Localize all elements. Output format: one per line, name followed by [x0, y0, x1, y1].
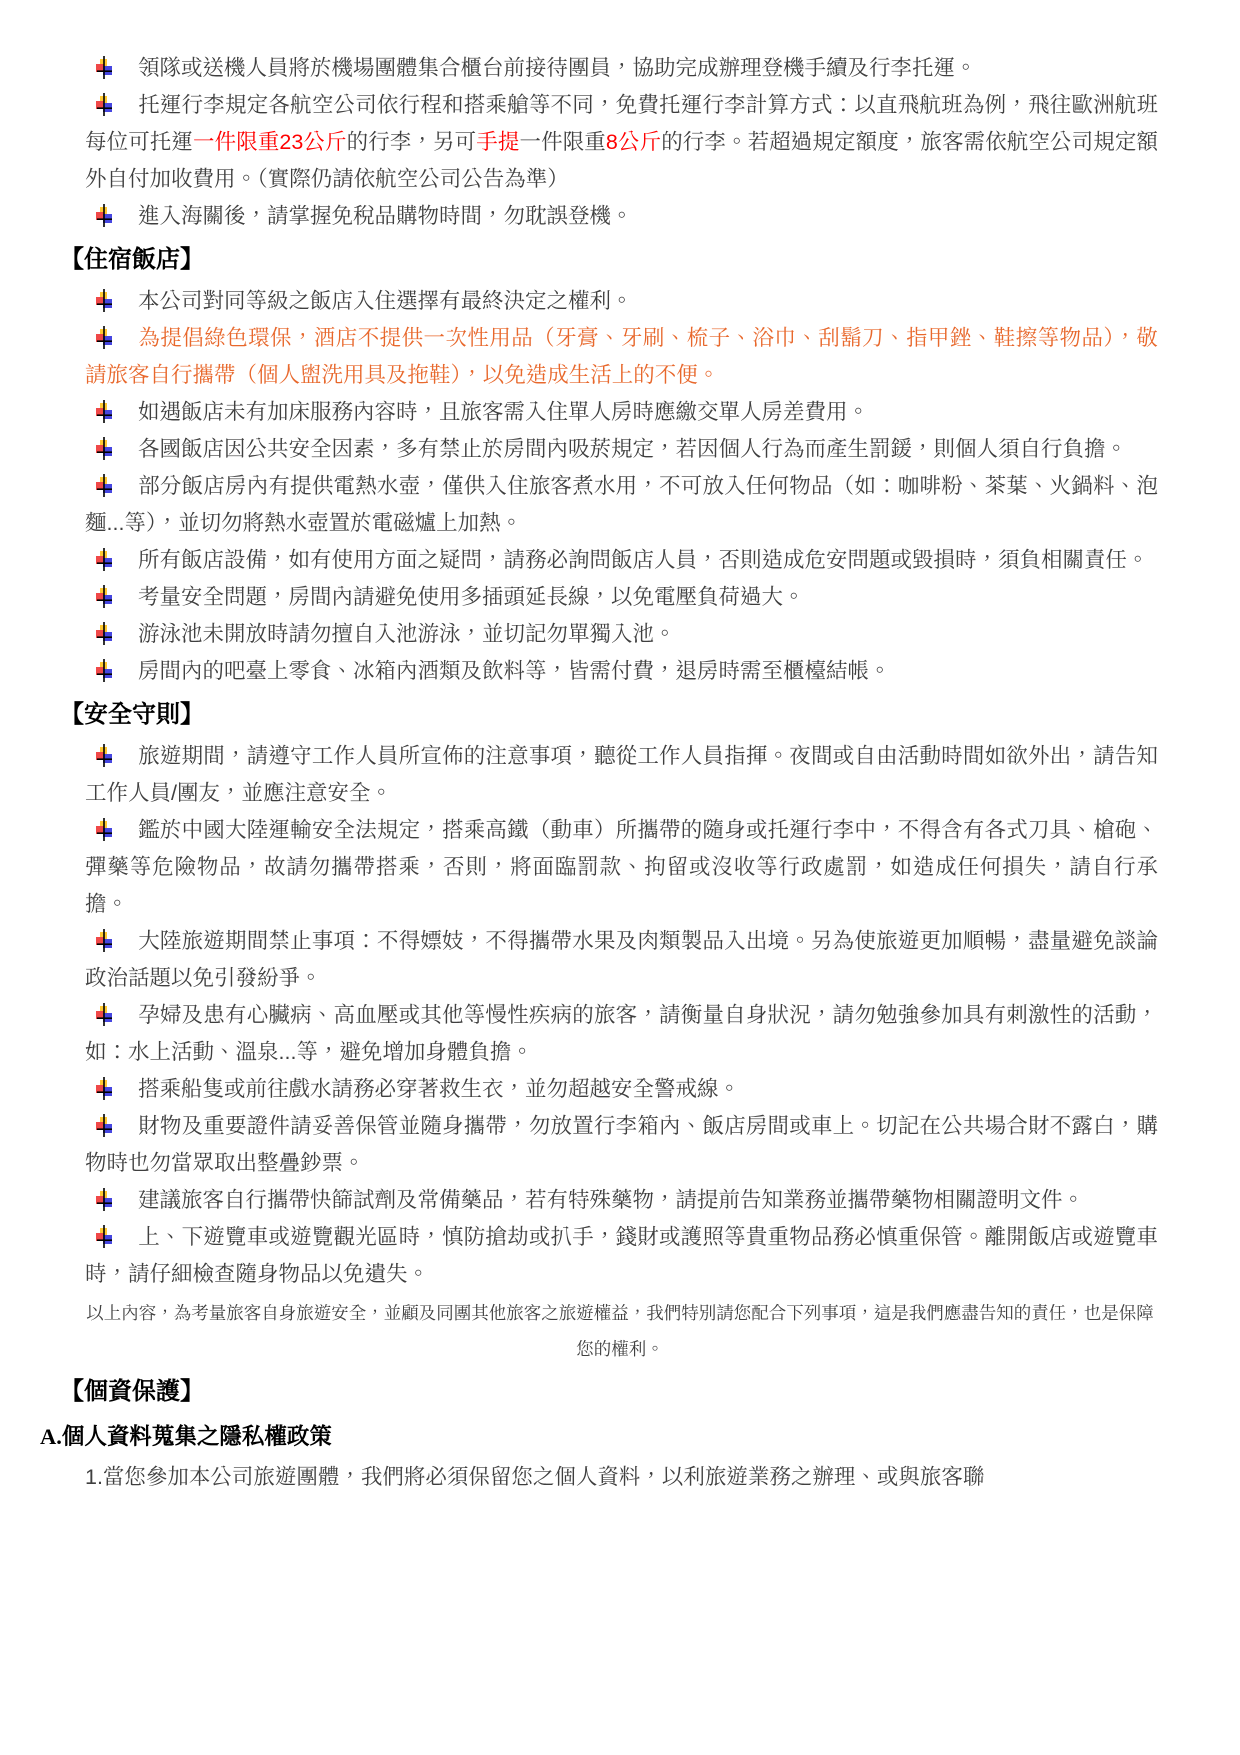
- text-segment: 一件限重23公斤: [193, 130, 347, 154]
- colored-cross-bullet-icon: [95, 1075, 112, 1098]
- colored-cross-bullet-icon: [95, 927, 112, 950]
- bullet-item: 游泳池未開放時請勿擅自入池游泳，並切記勿單獨入池。: [85, 616, 1158, 653]
- bullet-item: 財物及重要證件請妥善保管並隨身攜帶，勿放置行李箱內、飯店房間或車上。切記在公共場…: [85, 1108, 1158, 1182]
- colored-cross-bullet-icon: [95, 546, 112, 569]
- numbered-item: 1.當您參加本公司旅遊團體，我們將必須保留您之個人資料，以利旅遊業務之辦理、或與…: [85, 1458, 1158, 1496]
- bullet-text: 考量安全問題，房間內請避免使用多插頭延長線，以免電壓負荷過大。: [138, 585, 805, 609]
- bullet-text: 孕婦及患有心臟病、高血壓或其他等慢性疾病的旅客，請衡量自身狀況，請勿勉強參加具有…: [85, 1003, 1158, 1064]
- bullet-item: 建議旅客自行攜帶快篩試劑及常備藥品，若有特殊藥物，請提前告知業務並攜帶藥物相關證…: [85, 1182, 1158, 1219]
- section-heading: 【個資保護】: [60, 1372, 1240, 1412]
- colored-cross-bullet-icon: [95, 620, 112, 643]
- bullet-item: 如遇飯店未有加床服務內容時，且旅客需入住單人房時應繳交單人房差費用。: [85, 394, 1158, 431]
- text-segment: 財物及重要證件請妥善保管並隨身攜帶，勿放置行李箱內、飯店房間或車上。切記在公共場…: [85, 1114, 1158, 1175]
- text-segment: 搭乘船隻或前往戲水請務必穿著救生衣，並勿超越安全警戒線。: [138, 1077, 740, 1101]
- bullet-item: 大陸旅遊期間禁止事項：不得嫖妓，不得攜帶水果及肉類製品入出境。另為使旅遊更加順暢…: [85, 923, 1158, 997]
- text-segment: 領隊或送機人員將於機場團體集合櫃台前接待團員，協助完成辦理登機手續及行李托運。: [138, 56, 977, 80]
- bullet-text: 搭乘船隻或前往戲水請務必穿著救生衣，並勿超越安全警戒線。: [138, 1077, 740, 1101]
- text-segment: 各國飯店因公共安全因素，多有禁止於房間內吸菸規定，若因個人行為而產生罰鍰，則個人…: [138, 437, 1127, 461]
- bullet-item: 領隊或送機人員將於機場團體集合櫃台前接待團員，協助完成辦理登機手續及行李托運。: [85, 50, 1158, 87]
- text-segment: 旅遊期間，請遵守工作人員所宣佈的注意事項，聽從工作人員指揮。夜間或自由活動時間如…: [85, 744, 1158, 805]
- text-segment: 部分飯店房內有提供電熱水壺，僅供入住旅客煮水用，不可放入任何物品（如：咖啡粉、茶…: [85, 474, 1158, 535]
- text-segment: 進入海關後，請掌握免稅品購物時間，勿耽誤登機。: [138, 204, 633, 228]
- bullet-text: 為提倡綠色環保，酒店不提供一次性用品（牙膏、牙刷、梳子、浴巾、刮鬍刀、指甲銼、鞋…: [85, 326, 1158, 387]
- colored-cross-bullet-icon: [95, 287, 112, 310]
- bullet-item: 托運行李規定各航空公司依行程和搭乘艙等不同，免費托運行李計算方式：以直飛航班為例…: [85, 87, 1158, 198]
- bullet-text: 托運行李規定各航空公司依行程和搭乘艙等不同，免費托運行李計算方式：以直飛航班為例…: [85, 93, 1158, 191]
- colored-cross-bullet-icon: [95, 54, 112, 77]
- text-segment: 孕婦及患有心臟病、高血壓或其他等慢性疾病的旅客，請衡量自身狀況，請勿勉強參加具有…: [85, 1003, 1158, 1064]
- text-segment: 一件限重: [520, 130, 606, 154]
- section-heading: 【住宿飯店】: [60, 240, 1240, 280]
- text-segment: 為提倡綠色環保，酒店不提供一次性用品（牙膏、牙刷、梳子、浴巾、刮鬍刀、指甲銼、鞋…: [85, 326, 1158, 387]
- bullet-item: 旅遊期間，請遵守工作人員所宣佈的注意事項，聽從工作人員指揮。夜間或自由活動時間如…: [85, 738, 1158, 812]
- bullet-item: 進入海關後，請掌握免稅品購物時間，勿耽誤登機。: [85, 198, 1158, 235]
- colored-cross-bullet-icon: [95, 583, 112, 606]
- text-segment: 如遇飯店未有加床服務內容時，且旅客需入住單人房時應繳交單人房差費用。: [138, 400, 869, 424]
- bullet-text: 本公司對同等級之飯店入住選擇有最終決定之權利。: [138, 289, 633, 313]
- section-heading: 【安全守則】: [60, 695, 1240, 735]
- colored-cross-bullet-icon: [95, 202, 112, 225]
- colored-cross-bullet-icon: [95, 816, 112, 839]
- colored-cross-bullet-icon: [95, 91, 112, 114]
- text-segment: 房間內的吧臺上零食、冰箱內酒類及飲料等，皆需付費，退房時需至櫃檯結帳。: [138, 659, 891, 683]
- bullet-text: 旅遊期間，請遵守工作人員所宣佈的注意事項，聽從工作人員指揮。夜間或自由活動時間如…: [85, 744, 1158, 805]
- text-segment: 游泳池未開放時請勿擅自入池游泳，並切記勿單獨入池。: [138, 622, 676, 646]
- bullet-item: 上、下遊覽車或遊覽觀光區時，慎防搶劫或扒手，錢財或護照等貴重物品務必慎重保管。離…: [85, 1219, 1158, 1293]
- bullet-text: 所有飯店設備，如有使用方面之疑問，請務必詢問飯店人員，否則造成危安問題或毀損時，…: [138, 548, 1149, 572]
- colored-cross-bullet-icon: [95, 324, 112, 347]
- text-segment: 建議旅客自行攜帶快篩試劑及常備藥品，若有特殊藥物，請提前告知業務並攜帶藥物相關證…: [138, 1188, 1084, 1212]
- bullet-item: 本公司對同等級之飯店入住選擇有最終決定之權利。: [85, 283, 1158, 320]
- text-segment: 大陸旅遊期間禁止事項：不得嫖妓，不得攜帶水果及肉類製品入出境。另為使旅遊更加順暢…: [85, 929, 1158, 990]
- bullet-text: 領隊或送機人員將於機場團體集合櫃台前接待團員，協助完成辦理登機手續及行李托運。: [138, 56, 977, 80]
- bullet-text: 財物及重要證件請妥善保管並隨身攜帶，勿放置行李箱內、飯店房間或車上。切記在公共場…: [85, 1114, 1158, 1175]
- bullet-item: 考量安全問題，房間內請避免使用多插頭延長線，以免電壓負荷過大。: [85, 579, 1158, 616]
- document-page: 領隊或送機人員將於機場團體集合櫃台前接待團員，協助完成辦理登機手續及行李托運。 …: [0, 0, 1240, 1496]
- bullet-text: 部分飯店房內有提供電熱水壺，僅供入住旅客煮水用，不可放入任何物品（如：咖啡粉、茶…: [85, 474, 1158, 535]
- text-segment: 的行李，另可: [347, 130, 477, 154]
- bullet-item: 孕婦及患有心臟病、高血壓或其他等慢性疾病的旅客，請衡量自身狀況，請勿勉強參加具有…: [85, 997, 1158, 1071]
- bullet-item: 為提倡綠色環保，酒店不提供一次性用品（牙膏、牙刷、梳子、浴巾、刮鬍刀、指甲銼、鞋…: [85, 320, 1158, 394]
- bullet-text: 鑑於中國大陸運輸安全法規定，搭乘高鐵（動車）所攜帶的隨身或托運行李中，不得含有各…: [85, 818, 1158, 916]
- bullet-item: 所有飯店設備，如有使用方面之疑問，請務必詢問飯店人員，否則造成危安問題或毀損時，…: [85, 542, 1158, 579]
- bullet-text: 如遇飯店未有加床服務內容時，且旅客需入住單人房時應繳交單人房差費用。: [138, 400, 869, 424]
- bullet-item: 房間內的吧臺上零食、冰箱內酒類及飲料等，皆需付費，退房時需至櫃檯結帳。: [85, 653, 1158, 690]
- colored-cross-bullet-icon: [95, 398, 112, 421]
- bullet-text: 各國飯店因公共安全因素，多有禁止於房間內吸菸規定，若因個人行為而產生罰鍰，則個人…: [138, 437, 1127, 461]
- bullet-item: 部分飯店房內有提供電熱水壺，僅供入住旅客煮水用，不可放入任何物品（如：咖啡粉、茶…: [85, 468, 1158, 542]
- text-segment: 本公司對同等級之飯店入住選擇有最終決定之權利。: [138, 289, 633, 313]
- colored-cross-bullet-icon: [95, 1186, 112, 1209]
- colored-cross-bullet-icon: [95, 1112, 112, 1135]
- text-segment: 考量安全問題，房間內請避免使用多插頭延長線，以免電壓負荷過大。: [138, 585, 805, 609]
- bullet-item: 鑑於中國大陸運輸安全法規定，搭乘高鐵（動車）所攜帶的隨身或托運行李中，不得含有各…: [85, 812, 1158, 923]
- bullet-text: 建議旅客自行攜帶快篩試劑及常備藥品，若有特殊藥物，請提前告知業務並攜帶藥物相關證…: [138, 1188, 1084, 1212]
- document-body: 領隊或送機人員將於機場團體集合櫃台前接待團員，協助完成辦理登機手續及行李托運。 …: [0, 50, 1240, 1496]
- bullet-text: 上、下遊覽車或遊覽觀光區時，慎防搶劫或扒手，錢財或護照等貴重物品務必慎重保管。離…: [85, 1225, 1158, 1286]
- text-segment: 8公斤: [606, 130, 661, 154]
- text-segment: 手提: [476, 130, 519, 154]
- bullet-item: 搭乘船隻或前往戲水請務必穿著救生衣，並勿超越安全警戒線。: [85, 1071, 1158, 1108]
- text-segment: 上、下遊覽車或遊覽觀光區時，慎防搶劫或扒手，錢財或護照等貴重物品務必慎重保管。離…: [85, 1225, 1158, 1286]
- text-segment: 鑑於中國大陸運輸安全法規定，搭乘高鐵（動車）所攜帶的隨身或托運行李中，不得含有各…: [85, 818, 1158, 916]
- bullet-item: 各國飯店因公共安全因素，多有禁止於房間內吸菸規定，若因個人行為而產生罰鍰，則個人…: [85, 431, 1158, 468]
- colored-cross-bullet-icon: [95, 657, 112, 680]
- colored-cross-bullet-icon: [95, 742, 112, 765]
- colored-cross-bullet-icon: [95, 435, 112, 458]
- colored-cross-bullet-icon: [95, 1001, 112, 1024]
- colored-cross-bullet-icon: [95, 1223, 112, 1246]
- bullet-text: 游泳池未開放時請勿擅自入池游泳，並切記勿單獨入池。: [138, 622, 676, 646]
- bullet-text: 進入海關後，請掌握免稅品購物時間，勿耽誤登機。: [138, 204, 633, 228]
- colored-cross-bullet-icon: [95, 472, 112, 495]
- text-segment: 所有飯店設備，如有使用方面之疑問，請務必詢問飯店人員，否則造成危安問題或毀損時，…: [138, 548, 1149, 572]
- bullet-text: 房間內的吧臺上零食、冰箱內酒類及飲料等，皆需付費，退房時需至櫃檯結帳。: [138, 659, 891, 683]
- note-paragraph: 以上內容，為考量旅客自身旅遊安全，並顧及同團其他旅客之旅遊權益，我們特別請您配合…: [80, 1295, 1160, 1367]
- subsection-heading: A.個人資料蒐集之隱私權政策: [40, 1418, 1240, 1456]
- bullet-text: 大陸旅遊期間禁止事項：不得嫖妓，不得攜帶水果及肉類製品入出境。另為使旅遊更加順暢…: [85, 929, 1158, 990]
